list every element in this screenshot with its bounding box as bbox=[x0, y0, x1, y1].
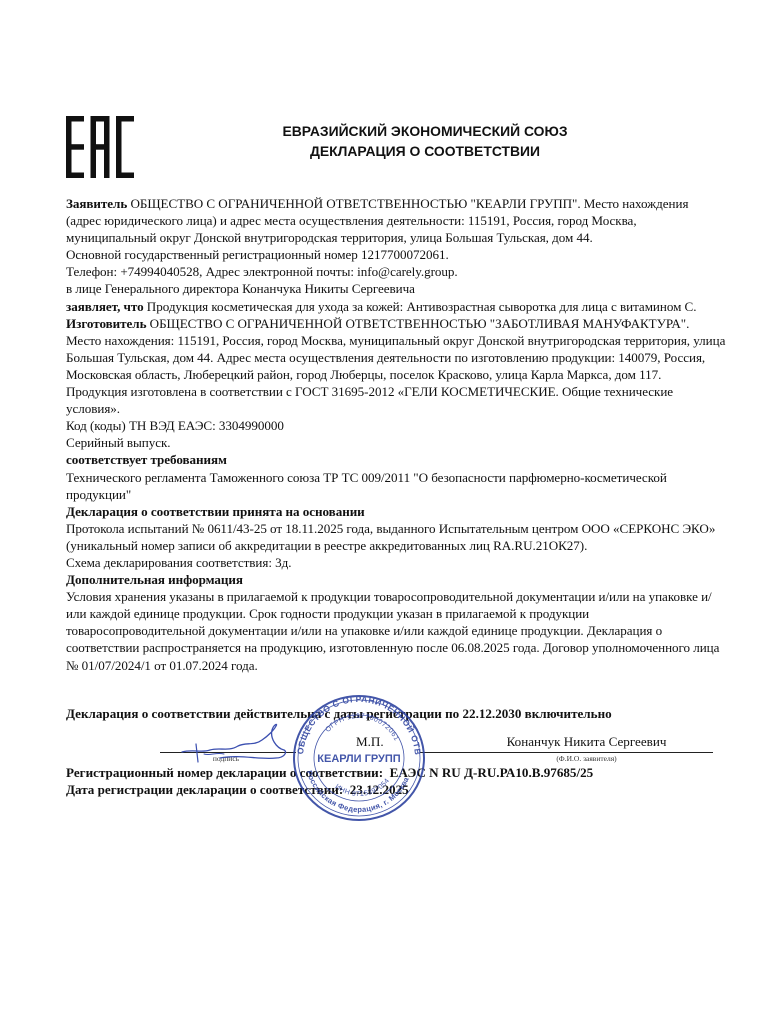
header-declaration-title: ДЕКЛАРАЦИЯ О СООТВЕТСТВИИ bbox=[205, 142, 646, 162]
applicant-label: Заявитель bbox=[66, 196, 127, 211]
header-union-title: ЕВРАЗИЙСКИЙ ЭКОНОМИЧЕСКИЙ СОЮЗ bbox=[205, 122, 646, 142]
declares-label: заявляет, что bbox=[66, 299, 144, 314]
applicant-contacts: Телефон: +74994040528, Адрес электронной… bbox=[66, 263, 726, 280]
applicant-full-name: Конанчук Никита Сергеевич bbox=[420, 734, 713, 750]
tn-ved-code: Код (коды) ТН ВЭД ЕАЭС: 3304990000 bbox=[66, 417, 726, 434]
applicant-section: Заявитель ОБЩЕСТВО С ОГРАНИЧЕННОЙ ОТВЕТС… bbox=[66, 195, 726, 246]
manufacturer-label: Изготовитель bbox=[66, 316, 146, 331]
additional-text: Условия хранения указаны в прилагаемой к… bbox=[66, 588, 726, 673]
declaration-body: Заявитель ОБЩЕСТВО С ОГРАНИЧЕННОЙ ОТВЕТС… bbox=[66, 195, 726, 674]
declares-section: заявляет, что Продукция косметическая дл… bbox=[66, 298, 726, 315]
svg-text:КЕАРЛИ ГРУПП: КЕАРЛИ ГРУПП bbox=[317, 753, 400, 765]
manufacturer-text: ОБЩЕСТВО С ОГРАНИЧЕННОЙ ОТВЕТСТВЕННОСТЬЮ… bbox=[66, 316, 725, 382]
declares-text: Продукция косметическая для ухода за кож… bbox=[144, 299, 697, 314]
handwritten-signature-icon bbox=[180, 722, 290, 766]
svg-text:ОГРН 1217700072061: ОГРН 1217700072061 bbox=[324, 713, 399, 742]
basis-scheme: Схема декларирования соответствия: 3д. bbox=[66, 554, 726, 571]
manufacturer-section: Изготовитель ОБЩЕСТВО С ОГРАНИЧЕННОЙ ОТВ… bbox=[66, 315, 726, 383]
applicant-name-caption: (Ф.И.О. заявителя) bbox=[420, 754, 713, 763]
additional-label: Дополнительная информация bbox=[66, 571, 726, 588]
applicant-ogrn: Основной государственный регистрационный… bbox=[66, 246, 726, 263]
basis-text: Протокола испытаний № 0611/43-25 от 18.1… bbox=[66, 520, 726, 554]
company-seal-icon: ОБЩЕСТВО С ОГРАНИЧЕННОЙ ОТВЕТСТВЕННОСТЬЮ… bbox=[292, 694, 426, 822]
standard-text: Продукция изготовлена в соответствии с Г… bbox=[66, 383, 726, 417]
document-header: ЕВРАЗИЙСКИЙ ЭКОНОМИЧЕСКИЙ СОЮЗ ДЕКЛАРАЦИ… bbox=[205, 122, 646, 162]
applicant-representative: в лице Генерального директора Конанчука … bbox=[66, 280, 726, 297]
basis-label: Декларация о соответствии принята на осн… bbox=[66, 503, 726, 520]
eac-logo-icon bbox=[66, 116, 134, 178]
applicant-name-line bbox=[420, 752, 713, 753]
release-type: Серийный выпуск. bbox=[66, 434, 726, 451]
complies-text: Технического регламента Таможенного союз… bbox=[66, 469, 726, 503]
complies-label: соответствует требованиям bbox=[66, 451, 726, 468]
applicant-text: ОБЩЕСТВО С ОГРАНИЧЕННОЙ ОТВЕТСТВЕННОСТЬЮ… bbox=[66, 196, 688, 245]
svg-text:ОБЩЕСТВО С ОГРАНИЧЕННОЙ ОТВЕТС: ОБЩЕСТВО С ОГРАНИЧЕННОЙ ОТВЕТСТВЕННОСТЬЮ bbox=[292, 694, 423, 756]
